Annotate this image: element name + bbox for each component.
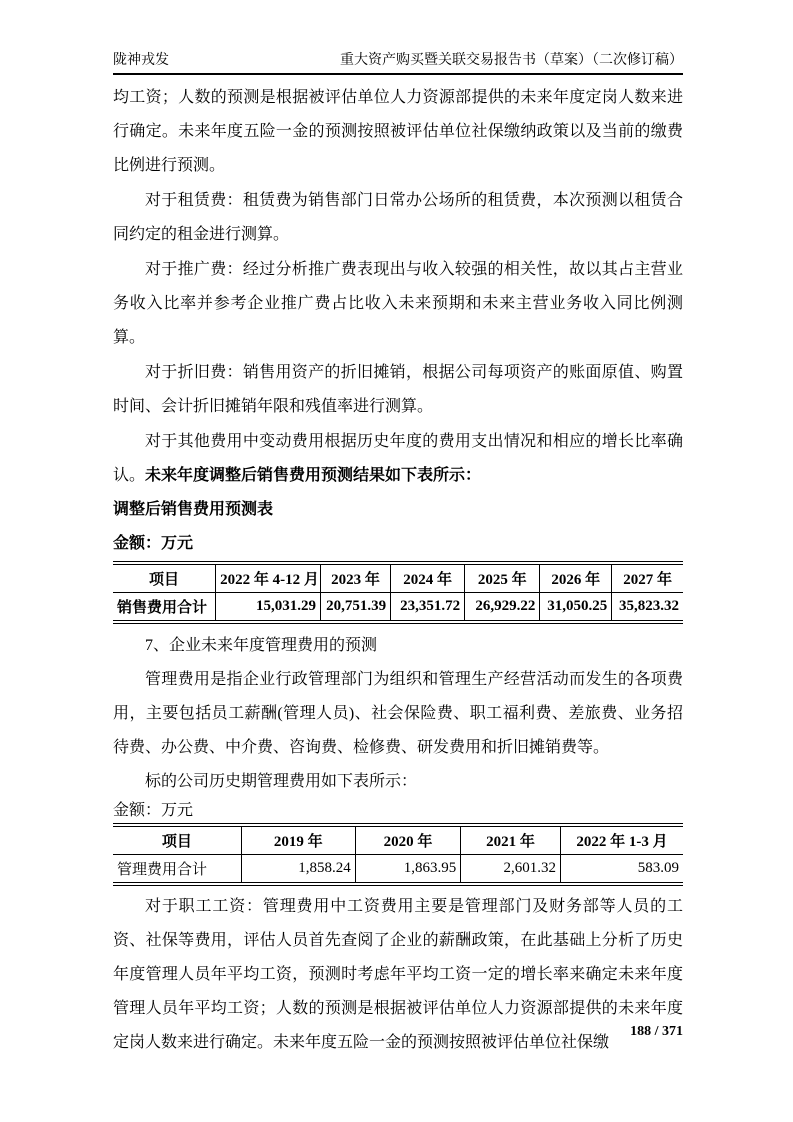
sales-value-2023: 20,751.39 <box>320 593 390 623</box>
sales-col-2024: 2024 年 <box>391 563 465 593</box>
sales-value-2027: 35,823.32 <box>612 593 683 623</box>
sales-col-2023: 2023 年 <box>320 563 390 593</box>
admin-col-2020: 2020 年 <box>355 825 460 855</box>
sales-col-2027: 2027 年 <box>612 563 683 593</box>
admin-value-2020: 1,863.95 <box>355 855 460 885</box>
header-report-title: 重大资产购买暨关联交易报告书（草案）（二次修订稿） <box>340 52 683 70</box>
header-company-name: 陇神戎发 <box>113 52 169 70</box>
admin-history-header-row: 项目 2019 年 2020 年 2021 年 2022 年 1-3 月 <box>113 825 683 855</box>
page-header: 陇神戎发 重大资产购买暨关联交易报告书（草案）（二次修订稿） <box>113 0 683 75</box>
admin-history-table-unit: 金额：万元 <box>113 799 683 823</box>
document-body: 均工资；人数的预测是根据被评估单位人力资源部提供的未来年度定岗人数来进行确定。未… <box>113 81 683 1060</box>
sales-col-2022: 2022 年 4-12 月 <box>216 563 321 593</box>
admin-col-2021: 2021 年 <box>461 825 561 855</box>
sales-value-2024: 23,351.72 <box>391 593 465 623</box>
sales-value-2022: 15,031.29 <box>216 593 321 623</box>
paragraph-rent-expense: 对于租赁费：租赁费为销售部门日常办公场所的租赁费，本次预测以租赁合同约定的租金进… <box>113 184 683 252</box>
admin-value-2022q1: 583.09 <box>560 855 683 885</box>
sales-forecast-data-row: 销售费用合计 15,031.29 20,751.39 23,351.72 26,… <box>113 593 683 623</box>
paragraph-other-expenses-bold: 未来年度调整后销售费用预测结果如下表所示： <box>145 467 481 484</box>
paragraph-other-expenses: 对于其他费用中变动费用根据历史年度的费用支出情况和相应的增长比率确认。未来年度调… <box>113 425 683 493</box>
sales-row-label: 销售费用合计 <box>113 593 216 623</box>
sales-forecast-table: 项目 2022 年 4-12 月 2023 年 2024 年 2025 年 20… <box>113 561 683 624</box>
document-page: 陇神戎发 重大资产购买暨关联交易报告书（草案）（二次修订稿） 均工资；人数的预测… <box>0 0 793 1122</box>
sales-forecast-header-row: 项目 2022 年 4-12 月 2023 年 2024 年 2025 年 20… <box>113 563 683 593</box>
page-number: 188 / 371 <box>630 1024 683 1040</box>
admin-col-item: 项目 <box>113 825 241 855</box>
admin-history-table: 项目 2019 年 2020 年 2021 年 2022 年 1-3 月 管理费… <box>113 823 683 886</box>
section-7-heading: 7、企业未来年度管理费用的预测 <box>113 629 683 663</box>
paragraph-admin-expense-definition: 管理费用是指企业行政管理部门为组织和管理生产经营活动而发生的各项费用，主要包括员… <box>113 663 683 765</box>
sales-col-2026: 2026 年 <box>540 563 612 593</box>
admin-value-2021: 2,601.32 <box>461 855 561 885</box>
paragraph-depreciation-expense: 对于折旧费：销售用资产的折旧摊销，根据公司每项资产的账面原值、购置时间、会计折旧… <box>113 356 683 424</box>
admin-history-data-row: 管理费用合计 1,858.24 1,863.95 2,601.32 583.09 <box>113 855 683 885</box>
sales-forecast-table-unit: 金额：万元 <box>113 527 683 561</box>
sales-value-2025: 26,929.22 <box>465 593 540 623</box>
sales-value-2026: 31,050.25 <box>540 593 612 623</box>
sales-col-item: 项目 <box>113 563 216 593</box>
admin-value-2019: 1,858.24 <box>241 855 355 885</box>
admin-row-label: 管理费用合计 <box>113 855 241 885</box>
paragraph-staff-wages: 对于职工工资：管理费用中工资费用主要是管理部门及财务部等人员的工资、社保等费用，… <box>113 890 683 1060</box>
admin-col-2022q1: 2022 年 1-3 月 <box>560 825 683 855</box>
sales-forecast-table-title: 调整后销售费用预测表 <box>113 493 683 527</box>
paragraph-wages-continued: 均工资；人数的预测是根据被评估单位人力资源部提供的未来年度定岗人数来进行确定。未… <box>113 81 683 183</box>
paragraph-admin-history-intro: 标的公司历史期管理费用如下表所示： <box>113 765 683 799</box>
admin-col-2019: 2019 年 <box>241 825 355 855</box>
paragraph-promotion-expense: 对于推广费：经过分析推广费表现出与收入较强的相关性，故以其占主营业务收入比率并参… <box>113 253 683 355</box>
sales-col-2025: 2025 年 <box>465 563 540 593</box>
